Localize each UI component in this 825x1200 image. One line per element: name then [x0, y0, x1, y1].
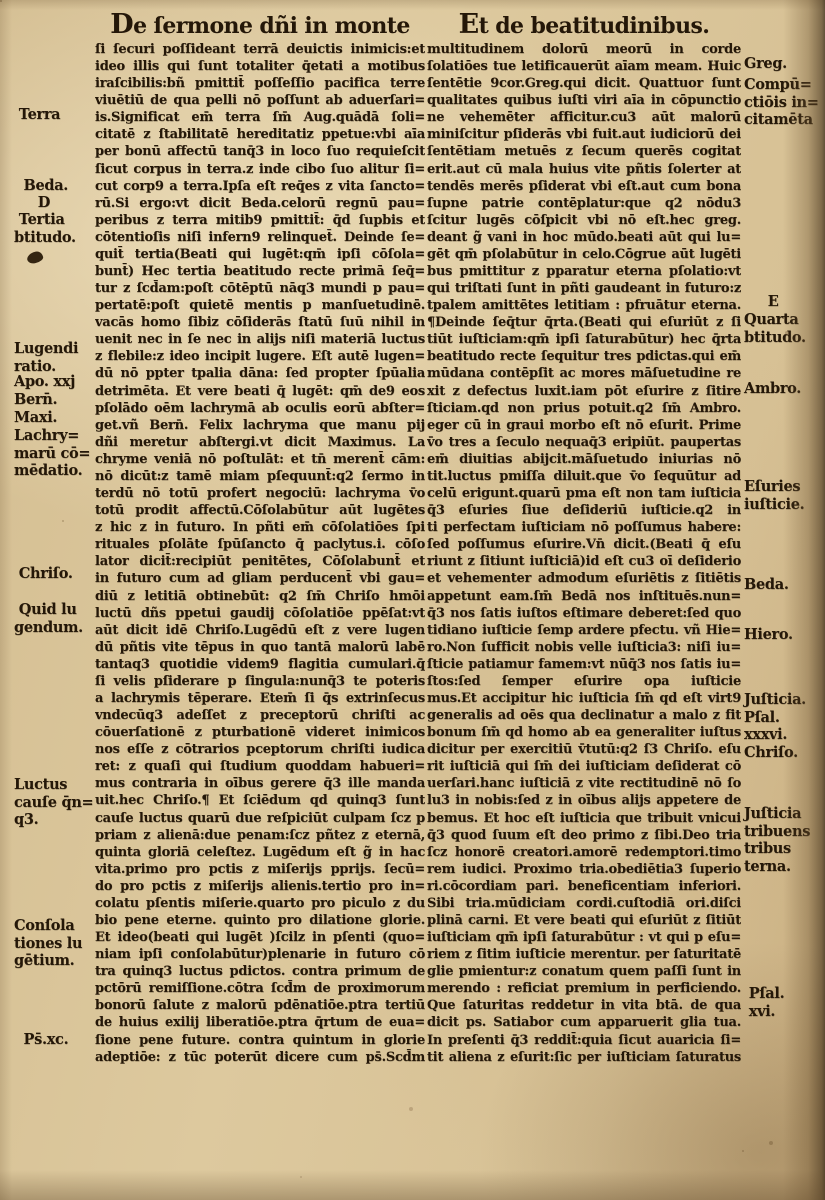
text-line: ret: z quaſi qui ſtudium quoddam habueri…: [95, 758, 425, 775]
margin-note: Maxi.: [14, 409, 94, 427]
margin-note: Lachry= marū cō= mēdatio.: [14, 427, 94, 480]
text-line: riem z ſitim iuſticie merentur. per ſatu…: [427, 946, 741, 963]
text-line: uit.hec Chriſo.¶ Et ſciēdum qd quinq3 ſu…: [95, 792, 425, 809]
text-line: deant g̃ vani in hoc mūdo.beati aūt qui …: [427, 229, 741, 246]
text-line: eger cū in graui morbo eſt nō eſurit. Pr…: [427, 417, 741, 434]
text-line: lator dicit̄:recipiūt penitētes, Cōſolab…: [95, 553, 425, 570]
text-line: uerſari.hanc iuſticiā z vite rectitudinē…: [427, 775, 741, 792]
text-line: bemus. Et hoc eſt iuſticia que tribuit v…: [427, 810, 741, 827]
text-line: lu3 in nobis:ſed z in oībus alijs appete…: [427, 792, 741, 809]
margin-note: Chriſo.: [14, 565, 94, 583]
text-line: ſcitur lugēs cōſpicit vbi nō eſt.hec gre…: [427, 212, 741, 229]
text-line: ſi ſecuri poſſideant terrā deuictis inim…: [95, 41, 425, 58]
text-line: Sibi tria.mūdiciam cordi.cuſtodiā ori.di…: [427, 895, 741, 912]
text-line: Et ideo(beati qui lugēt )ſcilz in pſenti…: [95, 929, 425, 946]
text-line: tidiano iuſticie ſemp ardere pfectu. vñ …: [427, 622, 741, 639]
text-line: rituales pſolāte ſpūſancto q̄ paclytus.i…: [95, 536, 425, 553]
margin-note: Conſola tiones lu gētium.: [14, 917, 94, 970]
text-line: priam z alienā:due penam:ſcz pñtez z ete…: [95, 827, 425, 844]
text-line: bonorū ſalute z malorū pdēnatiōe.ptra te…: [95, 997, 425, 1014]
text-line: ſupne patrie contēplatur:que q2 nōdu3 ad…: [427, 195, 741, 212]
text-line: tra quinq3 luctus pdictos. contra primum…: [95, 963, 425, 980]
text-line: a lachrymis tēperare. Etem̄ ſi q̄s extri…: [95, 690, 425, 707]
text-line: do pro pctis z miſerijs alienis.tertio p…: [95, 878, 425, 895]
text-line: bio pene eterne. quinto pro dilatione gl…: [95, 912, 425, 929]
text-line: aūt dicit idē Chriſo.Lugēdū eſt z vere l…: [95, 622, 425, 639]
text-line: merendo : reficiat premium in perficiend…: [427, 980, 741, 997]
text-line: per bonū affectū tanq̄3 in loco ſuo requ…: [95, 143, 425, 160]
text-line: q̄3 eſuries ſiue deſideriū iuſticie.q2 i…: [427, 502, 741, 519]
text-line: rū.Si ergo:vt dicit Beda.celorū regnū pa…: [95, 195, 425, 212]
running-title-left-initial: D: [110, 9, 133, 40]
text-line: appetunt eam.ſm̄ Bedā nos inſtituēs.nun=: [427, 588, 741, 605]
page-edge-shadow-left: [0, 0, 12, 1200]
text-line: ſolatiōes tue letificauerūt aīam meam. H…: [427, 58, 741, 75]
margin-note: Terra: [14, 106, 94, 124]
text-line: v̄o tres a ſeculo nequaq̄3 eripiūt. paup…: [427, 434, 741, 451]
text-line: citatē z ſtabilitatē hereditatiz ppetue:…: [95, 126, 425, 143]
text-line: em̄ diuitias abijcit.māſuetudo iniurias …: [427, 451, 741, 468]
text-line: cōuerſationē z pturbationē videret inimi…: [95, 724, 425, 741]
margin-note: Apo. xxj: [14, 373, 94, 391]
text-line: ſcz honorē creatori.amorē redemptori.tim…: [427, 844, 741, 861]
running-title-left-text: e ſermone dñi in monte: [133, 13, 410, 39]
text-line: nos eſſe z cōtrarios pceptorum chriſti i…: [95, 741, 425, 758]
text-line: peribus z terra mitib9 pmittit̄: q̄d ſup…: [95, 212, 425, 229]
running-title-left: De ſermone dñi in monte: [95, 13, 425, 39]
left-column: ſi ſecuri poſſideant terrā deuictis inim…: [95, 41, 425, 1066]
text-line: celū erigunt.quarū pma eſt non tam iuſti…: [427, 485, 741, 502]
text-line: totū prodit affectū.Cōſolabūtur aūt lugē…: [95, 502, 425, 519]
text-line: miniſcitur pſiderās vbi fuit.aut iudicio…: [427, 126, 741, 143]
text-line: vacās homo ſibiz cōſiderās ſtatū ſuū nih…: [95, 314, 425, 331]
text-line: z hic z in futuro. In pñti em̄ cōſolatiō…: [95, 519, 425, 536]
text-line: tendēs merēs pſiderat vbi eſt.aut cum bo…: [427, 178, 741, 195]
text-line: rit iuſticiā qui ſm̄ dei iuſticiam deſid…: [427, 758, 741, 775]
text-line: q̄3 quod ſuum eſt deo primo z ſibi.Deo t…: [427, 827, 741, 844]
text-line: gēt qm̄ pſolabūtur in celo.Cōgrue aūt lu…: [427, 246, 741, 263]
text-line: qualitates quibus iuſti viri aīa in cōpu…: [427, 92, 741, 109]
text-line: terdū nō totū profert negociū: lachryma …: [95, 485, 425, 502]
text-line: et vehementer admodum eſuriētis z ſitiēt…: [427, 570, 741, 587]
text-line: riunt z ſitiunt iuſticiā)id eſt cu3 oī d…: [427, 553, 741, 570]
text-line: bunt̄) Hec tertia beatitudo recte primā …: [95, 263, 425, 280]
text-line: mūdana contēpſit ac mores māſuetudine re: [427, 365, 741, 382]
text-line: plinā carni. Et vere beati qui eſuriūt z…: [427, 912, 741, 929]
text-line: uenit nec in ſe nec in alijs niſi materi…: [95, 331, 425, 348]
margin-note: Lugendi ratio.: [14, 340, 94, 375]
left-marginalia: Terra Beda. D Tertia btitudo.Lugendi rat…: [14, 0, 94, 1200]
text-line: pctōrū remiſſione.cōtra ſcd̄m de proximo…: [95, 980, 425, 997]
text-line: mus contraria in oībus gerere q̄3 ille m…: [95, 775, 425, 792]
margin-note: Luctus cauſe q̄n= q3.: [14, 776, 94, 829]
text-line: z flebile:z ideo incipit lugere. Eſt aut…: [95, 348, 425, 365]
text-line: qui triſtati ſunt in pñti gaudeant in fu…: [427, 280, 741, 297]
text-line: de huius exilij liberatiōe.ptra q̄rtum d…: [95, 1014, 425, 1031]
running-title-right-text: t de beatitudinibus.: [479, 13, 710, 39]
text-line: nō dicūt:z tamē miam pſequunt̄:q2 ſermo …: [95, 468, 425, 485]
text-line: detrimēta. Et vere beati q̄ lugēt: qm̄ d…: [95, 383, 425, 400]
text-line: dū pñtis vite tēpus in quo tantā malorū …: [95, 639, 425, 656]
running-title-right: Et de beatitudinibus.: [427, 13, 741, 39]
text-line: ſticie patiamur famem:vt nūq̄3 nos ſatis…: [427, 656, 741, 673]
text-line: ſticiam.qd non prius potuit.q2 ſm̄ Ambro…: [427, 400, 741, 417]
margin-note: Ps̄.xc.: [14, 1031, 94, 1049]
text-line: tantaq3 quotidie videm9 flagitia cumular…: [95, 656, 425, 673]
text-line: ro.Non ſufficit nobis velle iuſticia3: n…: [427, 639, 741, 656]
page-edge-shadow-right: [783, 0, 825, 1200]
text-line: ¶Deinde ſeq̄tur q̄rta.(Beati qui eſuriūt…: [427, 314, 741, 331]
text-line: ſi velis pſiderare p ſingula:nunq̄3 te p…: [95, 673, 425, 690]
text-line: in futuro cum ad gliam perducent̄ vbi ga…: [95, 570, 425, 587]
text-line: colatu pſentis miſerie.quarto pro piculo…: [95, 895, 425, 912]
text-line: ſentētiam metuēs z ſecum querēs cogitat …: [427, 143, 741, 160]
margin-note: Quid lu gendum.: [14, 601, 94, 636]
margin-note: Beda.: [14, 177, 94, 195]
text-line: niam ipſi conſolabūtur)plenarie in futur…: [95, 946, 425, 963]
text-line: quinta gloriā celeſtez. Lugēdum eſt g̃ i…: [95, 844, 425, 861]
margin-note: Bern̄.: [14, 391, 94, 409]
text-line: In preſenti q̄3 reddit̄:quia ſicut auari…: [427, 1032, 741, 1049]
book-page: De ſermone dñi in monte Et de beatitudin…: [0, 0, 825, 1200]
text-line: beatitudo recte ſequitur tres pdictas.qu…: [427, 348, 741, 365]
text-line: erit.aut cū mala huius vite pñtis ſolert…: [427, 161, 741, 178]
text-line: get.vñ Bern̄. Felix lachryma que manu pi…: [95, 417, 425, 434]
text-line: ſentētie 9cor.Greg.qui dicit. Quattuor ſ…: [427, 75, 741, 92]
text-line: viuētiū de qua pelli nō poſſunt ab aduer…: [95, 92, 425, 109]
text-line: generalis ad oēs qua declinatur a malo z…: [427, 707, 741, 724]
margin-note: D: [14, 194, 94, 212]
margin-note: Tertia btitudo.: [14, 211, 94, 246]
text-line: ne vehemēter afficitur.cu3 aūt malorū ſu…: [427, 109, 741, 126]
text-line: ſtos:ſed ſemper eſurire opa iuſticie int…: [427, 673, 741, 690]
text-line: ti perfectam iuſticiam nō poſſumus haber…: [427, 519, 741, 536]
text-line: tit.luctus pmiſſa diluit.que v̄o ſequūtu…: [427, 468, 741, 485]
text-line: dū nō ppter tpalia dāna: ſed propter ſpū…: [95, 365, 425, 382]
text-line: ſicut corpus in terra.z inde cibo ſuo al…: [95, 161, 425, 178]
text-line: dicitur per exercitiū v̄tutū:q2 ſ3 Chriſ…: [427, 741, 741, 758]
text-line: Que ſaturitas reddetur in vita btā. de q…: [427, 997, 741, 1014]
text-line: quit̄ tertia(Beati qui lugēt:qm̄ ipſi cō…: [95, 246, 425, 263]
page-edge-shadow-bottom: [0, 1170, 825, 1200]
text-line: tit aliena z eſurit:ſic per iuſticiam ſa…: [427, 1049, 741, 1066]
text-line: pertatē:poſt quietē mentis p manſuetudin…: [95, 297, 425, 314]
text-line: diū z letitiā obtinebūt: q2 ſm̄ Chriſo h…: [95, 588, 425, 605]
text-line: multitudinem dolorū meorū in corde meo:c…: [427, 41, 741, 58]
text-line: luctū dñs ppetui gaudij cōſolatiōe ppēſa…: [95, 605, 425, 622]
text-line: tpalem amittētes letitiam : pfruātur ete…: [427, 297, 741, 314]
right-column: multitudinem dolorū meorū in corde meo:c…: [427, 41, 741, 1066]
text-line: cōtentioſis niſi infern9 relinquet̄. Dei…: [95, 229, 425, 246]
text-line: is.Significat em̄ terra ſm̄ Aug.quādā ſo…: [95, 109, 425, 126]
text-line: ri.cōcordiam pari. beneficentiam inferio…: [427, 878, 741, 895]
text-line: vndecūq3 adeſſet z preceptorū chriſti ac…: [95, 707, 425, 724]
text-line: vita.primo pro pctis z miſerijs pprijs. …: [95, 861, 425, 878]
text-line: rem iudici. Proximo tria.obediētia3 ſupe…: [427, 861, 741, 878]
text-line: cut corp9 a terra.Ipſa eſt req̄es z vita…: [95, 178, 425, 195]
text-line: mus.Et accipitur hic iuſticia ſm̄ qd eſt…: [427, 690, 741, 707]
text-line: dicit ps. Satiabor cum apparuerit glia t…: [427, 1014, 741, 1031]
text-line: glie pmientur:z conatum quem paſſi ſunt …: [427, 963, 741, 980]
text-line: dñi meretur abſtergi.vt dicit Maximus. L…: [95, 434, 425, 451]
text-line: q̄3 nos ſatis iuſtos eſtimare deberet:ſe…: [427, 605, 741, 622]
text-line: bonum ſm̄ qd homo ab ea generaliter iuſt…: [427, 724, 741, 741]
text-line: iuſticiam qm̄ ipſi ſaturabūtur : vt qui …: [427, 929, 741, 946]
running-title-right-initial: E: [459, 9, 479, 40]
text-line: ſione pene future. contra quintum in glo…: [95, 1032, 425, 1049]
text-line: tur z ſcd̄am:poſt cōtēptū nāq3 mundi p p…: [95, 280, 425, 297]
text-line: bus pmittitur z pparatur eterna pſolatio…: [427, 263, 741, 280]
page-edge-shadow-top: [0, 0, 825, 10]
text-line: ſed poſſumus eſurire.Vn̄ dicit.(Beati q̄…: [427, 536, 741, 553]
text-line: xit z defectus luxit.iam pōt eſurire z ſ…: [427, 383, 741, 400]
text-line: ideo illis qui ſunt totaliter q̄etati a …: [95, 58, 425, 75]
text-line: cauſe luctus quarū due reſpiciūt culpam …: [95, 810, 425, 827]
text-line: iraſcibilis:bñ pmittit̄ poſſeſſio pacifi…: [95, 75, 425, 92]
text-line: adeptiōe: z tūc poterūt dicere cum ps̄.S…: [95, 1049, 425, 1066]
text-line: chryme veniā nō poſtulāt: et tn̄ merent̄…: [95, 451, 425, 468]
text-line: tiūt iuſticiam:qm̄ ipſi ſaturabūtur) hec…: [427, 331, 741, 348]
text-line: pſolādo oēm lachrymā ab oculis eorū abſt…: [95, 400, 425, 417]
